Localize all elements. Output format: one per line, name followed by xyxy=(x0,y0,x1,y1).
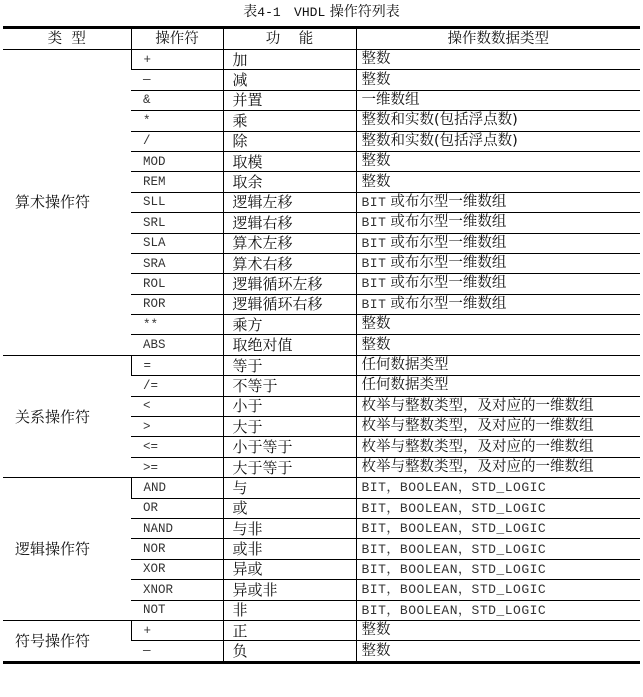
operand-type-cell: 任何数据类型 xyxy=(356,376,640,396)
function-cell: 加 xyxy=(223,50,356,70)
operand-type-cell: BIT或布尔型一维数组 xyxy=(356,233,640,253)
operator-cell: + xyxy=(131,50,223,70)
operand-type-cell: 枚举与整数类型，及对应的一维数组 xyxy=(356,457,640,477)
operator-cell: SLA xyxy=(131,233,223,253)
function-cell: 或非 xyxy=(223,539,356,559)
operand-type-mono: BIT xyxy=(362,256,387,271)
function-cell: 除 xyxy=(223,131,356,151)
group-label: 算术操作符 xyxy=(3,50,131,356)
table-row: 符号操作符+正整数 xyxy=(3,620,640,640)
operand-type-cell: BIT或布尔型一维数组 xyxy=(356,253,640,273)
operand-type-text: 整数和实数(包括浮点数) xyxy=(362,133,518,149)
operator-cell: NOT xyxy=(131,600,223,620)
operand-type-cell: 整数 xyxy=(356,620,640,640)
header-operand-type: 操作数数据类型 xyxy=(356,28,640,50)
caption-lang: VHDL xyxy=(294,5,325,20)
function-cell: 小于 xyxy=(223,396,356,416)
table-caption: 表4-1 VHDL 操作符列表 xyxy=(0,3,643,22)
operand-type-mono: BIT xyxy=(362,297,387,312)
operator-cell: ABS xyxy=(131,335,223,355)
function-cell: 取模 xyxy=(223,151,356,171)
operand-type-cell: 一维数组 xyxy=(356,90,640,110)
operand-type-mono: BIT，BOOLEAN，STD_LOGIC xyxy=(362,521,547,536)
table-row: 逻辑操作符AND与BIT，BOOLEAN，STD_LOGIC xyxy=(3,478,640,498)
function-cell: 等于 xyxy=(223,355,356,375)
function-cell: 乘方 xyxy=(223,315,356,335)
operand-type-mono: BIT xyxy=(362,236,387,251)
operand-type-mono: BIT，BOOLEAN，STD_LOGIC xyxy=(362,501,547,516)
caption-prefix: 表 xyxy=(243,4,257,20)
operand-type-cell: 任何数据类型 xyxy=(356,355,640,375)
group-label: 符号操作符 xyxy=(3,620,131,662)
operator-cell: / xyxy=(131,131,223,151)
operator-cell: — xyxy=(131,70,223,90)
operator-cell: ** xyxy=(131,315,223,335)
operator-cell: & xyxy=(131,90,223,110)
header-row: 类 型 操作符 功 能 操作数数据类型 xyxy=(3,28,640,50)
operand-type-text: 或布尔型一维数组 xyxy=(390,255,506,271)
operator-cell: = xyxy=(131,355,223,375)
operator-cell: XOR xyxy=(131,559,223,579)
function-cell: 与 xyxy=(223,478,356,498)
operand-type-mono: BIT xyxy=(362,276,387,291)
operand-type-text: 或布尔型一维数组 xyxy=(390,275,506,291)
operand-type-text: 任何数据类型 xyxy=(362,377,449,393)
operator-cell: AND xyxy=(131,478,223,498)
operand-type-cell: 整数 xyxy=(356,172,640,192)
table-row: 算术操作符+加整数 xyxy=(3,50,640,70)
operand-type-text: 一维数组 xyxy=(362,92,420,108)
function-cell: 小于等于 xyxy=(223,437,356,457)
function-cell: 与非 xyxy=(223,518,356,538)
operator-cell: >= xyxy=(131,457,223,477)
operand-type-cell: BIT，BOOLEAN，STD_LOGIC xyxy=(356,518,640,538)
function-cell: 异或非 xyxy=(223,580,356,600)
operand-type-cell: 整数 xyxy=(356,50,640,70)
function-cell: 逻辑左移 xyxy=(223,192,356,212)
operator-cell: MOD xyxy=(131,151,223,171)
function-cell: 逻辑右移 xyxy=(223,213,356,233)
operand-type-cell: 整数 xyxy=(356,151,640,171)
operand-type-text: 或布尔型一维数组 xyxy=(390,194,506,210)
table-body: 算术操作符+加整数—减整数&并置一维数组*乘整数和实数(包括浮点数)/除整数和实… xyxy=(3,50,640,663)
operator-cell: ROL xyxy=(131,274,223,294)
operand-type-mono: BIT xyxy=(362,195,387,210)
caption-number: 4-1 xyxy=(257,5,280,20)
operand-type-mono: BIT，BOOLEAN，STD_LOGIC xyxy=(362,562,547,577)
operand-type-cell: 整数 xyxy=(356,641,640,662)
table-row: 关系操作符=等于任何数据类型 xyxy=(3,355,640,375)
group-label: 关系操作符 xyxy=(3,355,131,477)
operand-type-text: 或布尔型一维数组 xyxy=(390,296,506,312)
function-cell: 并置 xyxy=(223,90,356,110)
function-cell: 负 xyxy=(223,641,356,662)
operator-cell: NAND xyxy=(131,518,223,538)
operand-type-cell: BIT，BOOLEAN，STD_LOGIC xyxy=(356,559,640,579)
operator-cell: SLL xyxy=(131,192,223,212)
operand-type-cell: BIT，BOOLEAN，STD_LOGIC xyxy=(356,478,640,498)
operand-type-cell: 整数和实数(包括浮点数) xyxy=(356,131,640,151)
operand-type-cell: 整数 xyxy=(356,70,640,90)
operand-type-mono: BIT，BOOLEAN，STD_LOGIC xyxy=(362,480,547,495)
operand-type-text: 或布尔型一维数组 xyxy=(390,214,506,230)
header-operator: 操作符 xyxy=(131,28,223,50)
operand-type-text: 或布尔型一维数组 xyxy=(390,235,506,251)
operator-cell: ROR xyxy=(131,294,223,314)
function-cell: 大于 xyxy=(223,417,356,437)
operand-type-cell: 整数和实数(包括浮点数) xyxy=(356,111,640,131)
function-cell: 乘 xyxy=(223,111,356,131)
operator-cell: — xyxy=(131,641,223,662)
operator-cell: + xyxy=(131,620,223,640)
function-cell: 正 xyxy=(223,620,356,640)
function-cell: 取绝对值 xyxy=(223,335,356,355)
operand-type-cell: BIT，BOOLEAN，STD_LOGIC xyxy=(356,580,640,600)
header-type: 类 型 xyxy=(3,28,131,50)
operand-type-text: 枚举与整数类型，及对应的一维数组 xyxy=(362,459,594,475)
operand-type-cell: BIT或布尔型一维数组 xyxy=(356,294,640,314)
operator-cell: XNOR xyxy=(131,580,223,600)
function-cell: 取余 xyxy=(223,172,356,192)
operand-type-mono: BIT xyxy=(362,215,387,230)
operator-cell: SRL xyxy=(131,213,223,233)
operator-table: 类 型 操作符 功 能 操作数数据类型 算术操作符+加整数—减整数&并置一维数组… xyxy=(3,26,640,664)
function-cell: 算术左移 xyxy=(223,233,356,253)
function-cell: 不等于 xyxy=(223,376,356,396)
group-label: 逻辑操作符 xyxy=(3,478,131,621)
operand-type-cell: BIT或布尔型一维数组 xyxy=(356,192,640,212)
operand-type-cell: BIT或布尔型一维数组 xyxy=(356,274,640,294)
operand-type-text: 整数 xyxy=(362,643,391,659)
function-cell: 大于等于 xyxy=(223,457,356,477)
function-cell: 异或 xyxy=(223,559,356,579)
operator-cell: > xyxy=(131,417,223,437)
operator-cell: /= xyxy=(131,376,223,396)
function-cell: 算术右移 xyxy=(223,253,356,273)
operand-type-cell: 整数 xyxy=(356,315,640,335)
operator-cell: REM xyxy=(131,172,223,192)
operand-type-text: 整数 xyxy=(362,72,391,88)
operand-type-cell: BIT，BOOLEAN，STD_LOGIC xyxy=(356,539,640,559)
operand-type-mono: BIT，BOOLEAN，STD_LOGIC xyxy=(362,603,547,618)
caption-title: 操作符列表 xyxy=(330,4,400,20)
operand-type-mono: BIT，BOOLEAN，STD_LOGIC xyxy=(362,582,547,597)
function-cell: 非 xyxy=(223,600,356,620)
header-function: 功 能 xyxy=(223,28,356,50)
operand-type-cell: 枚举与整数类型，及对应的一维数组 xyxy=(356,396,640,416)
operand-type-text: 枚举与整数类型，及对应的一维数组 xyxy=(362,398,594,414)
operator-cell: OR xyxy=(131,498,223,518)
function-cell: 逻辑循环左移 xyxy=(223,274,356,294)
operand-type-text: 枚举与整数类型，及对应的一维数组 xyxy=(362,418,594,434)
function-cell: 或 xyxy=(223,498,356,518)
operand-type-text: 枚举与整数类型，及对应的一维数组 xyxy=(362,439,594,455)
operand-type-text: 整数 xyxy=(362,51,391,67)
operator-cell: NOR xyxy=(131,539,223,559)
operand-type-cell: 枚举与整数类型，及对应的一维数组 xyxy=(356,437,640,457)
operand-type-text: 任何数据类型 xyxy=(362,357,449,373)
operand-type-mono: BIT，BOOLEAN，STD_LOGIC xyxy=(362,542,547,557)
operator-cell: <= xyxy=(131,437,223,457)
operand-type-cell: 整数 xyxy=(356,335,640,355)
operand-type-cell: BIT，BOOLEAN，STD_LOGIC xyxy=(356,498,640,518)
operand-type-text: 整数 xyxy=(362,316,391,332)
operand-type-cell: BIT或布尔型一维数组 xyxy=(356,213,640,233)
operand-type-cell: 枚举与整数类型，及对应的一维数组 xyxy=(356,417,640,437)
operand-type-text: 整数 xyxy=(362,153,391,169)
operator-cell: * xyxy=(131,111,223,131)
function-cell: 减 xyxy=(223,70,356,90)
operand-type-text: 整数 xyxy=(362,174,391,190)
operand-type-text: 整数 xyxy=(362,622,391,638)
operator-cell: SRA xyxy=(131,253,223,273)
operand-type-text: 整数 xyxy=(362,337,391,353)
operand-type-text: 整数和实数(包括浮点数) xyxy=(362,112,518,128)
function-cell: 逻辑循环右移 xyxy=(223,294,356,314)
operand-type-cell: BIT，BOOLEAN，STD_LOGIC xyxy=(356,600,640,620)
operator-cell: < xyxy=(131,396,223,416)
